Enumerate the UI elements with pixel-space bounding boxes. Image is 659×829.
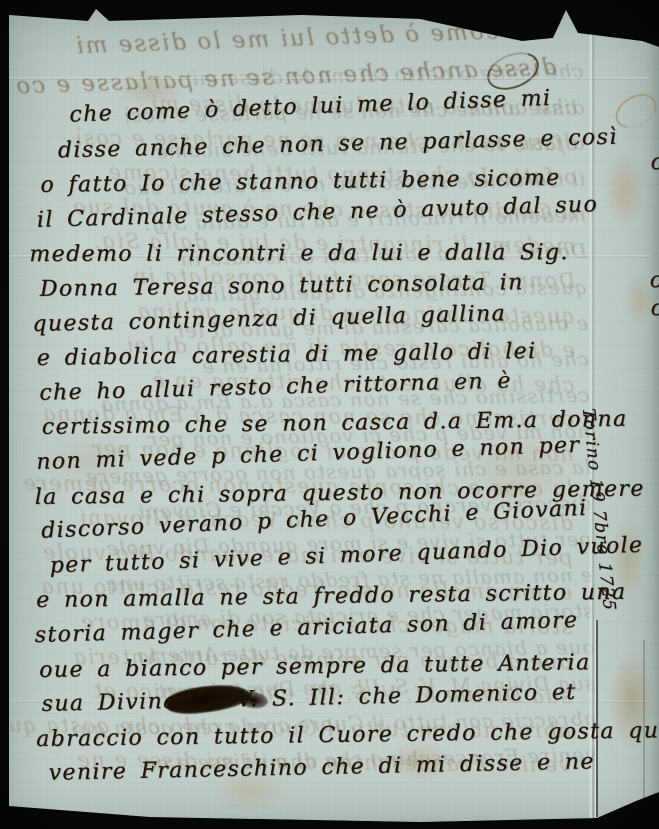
handwritten-line: medemo li rincontri e da lui e dalla Sig…	[29, 236, 604, 273]
edge-fragment: o	[650, 268, 659, 293]
letter-body: che come ò detto lui me lo disse midisse…	[27, 92, 612, 792]
letter-page: che come ò detto lui me lo disse midisse…	[0, 0, 659, 829]
edge-fragments: coc	[645, 0, 659, 829]
edge-fragment: c	[651, 296, 659, 321]
edge-fragment: c	[651, 150, 659, 175]
fold-crease-horizontal	[10, 77, 649, 80]
show-through-line: che come ò detto lui me lo disse mi	[15, 11, 556, 68]
scanned-letter: che come ò detto lui me lo disse midisse…	[0, 0, 659, 829]
